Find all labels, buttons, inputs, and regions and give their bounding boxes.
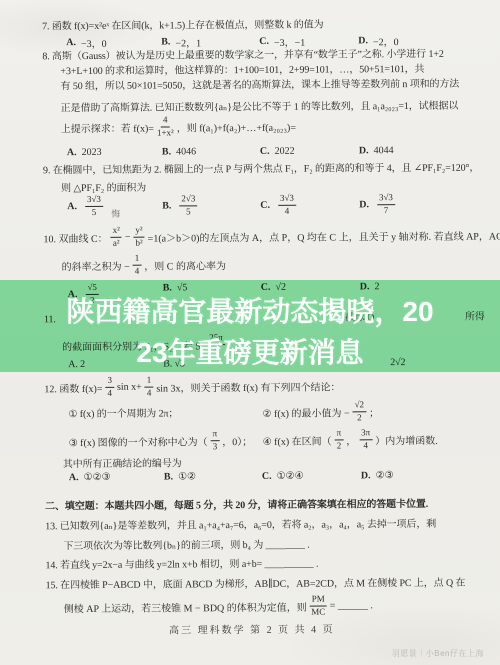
option-label: A. <box>69 472 79 483</box>
text-fragment: ，则 f(a₁)+f(a₂)+…+f(a₂₀₂₃)= <box>177 118 296 134</box>
frac-num: x² <box>111 225 122 237</box>
frac-num: 3√3 <box>278 194 296 206</box>
question-10-line-1: 10. 双曲线 C： x²a² − y²b² =1(a＞b＞0)的左顶点为 A，… <box>43 222 500 249</box>
option-label: C. <box>262 471 272 482</box>
frac-den: 4 <box>363 440 368 451</box>
option-a: A.3√35 <box>67 195 106 218</box>
text-fragment: − <box>125 231 131 242</box>
frac-den: 1+x² <box>157 127 174 138</box>
question-14-line: 14. 若直线 y=2x−a 与曲线 y=2ln x+b 相切，则 a+b= _… <box>45 557 318 574</box>
option-a: A.−3，0 <box>66 35 106 50</box>
option-label: A. <box>67 147 77 158</box>
section-2-header: 二、填空题：本题共四小题，每题 5 分，共 20 分，请将正确答案填在相应的答题… <box>45 497 428 514</box>
question-12-item-2: ② f(x) 的最小值为 − √22 ； <box>262 399 379 424</box>
frac-den: 5 <box>186 206 191 217</box>
text-fragment: 的斜率之积为 − <box>62 257 130 272</box>
frac-num: π <box>211 429 220 441</box>
frac-den: MC <box>311 606 325 617</box>
question-8-line-3: 有 50 组，所以 50×101=5050，这就是著名的高斯算法，课本上推导等差… <box>60 77 459 94</box>
text-fragment: ② f(x) 的最小值为 − <box>262 404 349 420</box>
frac-num: 3π <box>359 428 372 440</box>
option-a: A.①②③ <box>69 472 111 483</box>
option-value: 2022 <box>275 146 295 157</box>
overlay-banner-line-1[interactable]: 陕西籍高官最新动态揭晓，20 <box>0 293 500 331</box>
question-10-line-2: 的斜率之积为 − 14 ，则 C 的离心率为 <box>62 252 226 277</box>
option-value: −3，−1 <box>274 34 305 49</box>
option-c: C.3√34 <box>260 194 299 217</box>
option-value: ①②④ <box>277 471 304 482</box>
frac-num: 4 <box>161 115 170 127</box>
option-c: C.①②④ <box>262 471 304 482</box>
frac-den: 4 <box>135 265 140 276</box>
fraction: π3 <box>211 429 220 452</box>
frac-den: a² <box>113 237 120 248</box>
question-12-line-1: 12. 函数 f(x)= 34 sin x+ 14 sin 3x，则关于函数 f… <box>44 373 340 399</box>
question-9-line-2: 则 △PF₁F₂ 的面积为 <box>61 181 146 197</box>
frac-num: 1 <box>133 253 142 265</box>
option-d: D.4044 <box>359 145 394 156</box>
option-c: C.2022 <box>260 146 295 157</box>
frac-den: 4 <box>107 387 112 398</box>
text-fragment: 10. 双曲线 C： <box>43 229 107 244</box>
frac-den: 3 <box>213 441 218 452</box>
fraction: 3√37 <box>377 193 395 216</box>
text-fragment: ③ f(x) 图像的一个对称中心为（ <box>69 433 208 449</box>
text-fragment: sin 3x，则关于函数 f(x) 有下列四个结论： <box>156 378 340 394</box>
option-label: A. <box>66 37 76 48</box>
text-fragment: ； <box>369 404 379 419</box>
frac-num: 3√3 <box>377 193 395 205</box>
option-value: 2023 <box>82 147 102 158</box>
fraction: 34 <box>105 375 114 398</box>
fraction: x²a² <box>111 225 122 248</box>
question-9-line-1: 9. 在椭圆中，已知焦距为 2. 椭圆上的一点 P 与两个焦点 F₁，F₂ 的距… <box>43 161 479 179</box>
fraction: π2 <box>335 428 344 451</box>
text-fragment: 侧棱 AP 上运动，若三棱锥 M − BDQ 的体积为定值，则 <box>64 598 307 614</box>
frac-num: PM <box>310 594 327 606</box>
frac-num: 3 <box>105 375 114 387</box>
option-value: 4046 <box>176 146 196 157</box>
frac-den: 5 <box>92 207 97 218</box>
frac-den: 2 <box>357 412 362 423</box>
frac-den: 2 <box>337 440 342 451</box>
option-d: D.3√37 <box>359 193 398 216</box>
option-d: D.②③ <box>361 470 394 481</box>
frac-num: 1 <box>145 375 154 387</box>
option-label: D. <box>359 145 369 156</box>
option-b: B.4046 <box>162 146 196 157</box>
option-label: A. <box>67 201 77 212</box>
fraction: √22 <box>353 400 367 423</box>
scanned-exam-page: 7. 函数 f(x)=x²eˣ 在区间(k，k+1.5)上存在极值点，则整数 k… <box>0 0 500 665</box>
frac-den: 4 <box>285 206 290 217</box>
question-13-line-1: 13. 已知数列{aₙ}是等差数列，并且 a₁+a₄+a₇=6，a₆=0，若将 … <box>45 517 436 534</box>
frac-num: 3√3 <box>85 195 103 207</box>
frac-num: 2√3 <box>179 194 197 206</box>
question-12-item-3: ③ f(x) 图像的一个对称中心为（ π3 ，0）； <box>69 428 253 453</box>
page-footer: 高三 理科数学 第 2 页 共 4 页 <box>2 619 500 637</box>
frac-den: 4 <box>147 387 152 398</box>
question-15-line-2: 侧棱 AP 上运动，若三棱锥 M − BDQ 的体积为定值，则 PMMC = _… <box>64 593 373 619</box>
frac-num: π <box>335 428 344 440</box>
option-b: B.2√35 <box>162 194 200 217</box>
question-15-line-1: 15. 在四棱锥 P−ABCD 中，底面 ABCD 为梯形，AB∥DC，AB=2… <box>46 576 466 594</box>
fraction: 3π4 <box>359 428 372 451</box>
question-13-line-2: 下三项依次为等比数列{bₙ}的前三项，则 b₄ 为 ________ . <box>63 538 309 555</box>
option-label: C. <box>260 200 270 211</box>
text-fragment: =1(a＞b＞0)的左顶点为 A，点 P，Q 均在 C 上，且关于 y 轴对称.… <box>148 227 500 244</box>
option-label: D. <box>358 35 368 46</box>
option-b: B.①② <box>164 471 196 482</box>
option-value: ①②③ <box>84 472 111 483</box>
text-fragment: ， <box>346 432 356 447</box>
text-fragment: ，则 C 的离心率为 <box>144 257 226 272</box>
fraction: 14 <box>145 375 154 398</box>
option-value: −3，0 <box>81 35 107 50</box>
fraction: 14 <box>133 253 142 276</box>
text-fragment: ）内为增函数. <box>375 431 438 446</box>
overlay-banner[interactable]: 陕西籍高官最新动态揭晓，20 23年重磅更新消息 <box>0 280 500 372</box>
question-8-line-5: 上提示探求：若 f(x)= 41+x² ，则 f(a₁)+f(a₂)+…+f(a… <box>61 114 296 139</box>
question-12-conclusion: 其中所有正确结论的编号为 <box>63 456 182 472</box>
option-value: 4044 <box>374 145 394 156</box>
text-fragment: ④ f(x) 在区间（ <box>263 432 332 447</box>
frac-num: √2 <box>353 400 367 412</box>
fraction: y²b² <box>133 225 144 248</box>
option-label: B. <box>162 146 171 157</box>
watermark: 羽愿景｜小Ben仔在上海 <box>392 648 484 659</box>
option-value: ②③ <box>376 470 394 481</box>
option-value: −2，0 <box>373 33 399 48</box>
frac-num: y² <box>133 225 144 237</box>
option-b: B.−2，1 <box>161 34 201 49</box>
text-fragment: 12. 函数 f(x)= <box>44 379 102 394</box>
frac-den: 7 <box>384 205 389 216</box>
text-fragment: 上提示探求：若 f(x)= <box>61 119 154 135</box>
option-c: C.−3，−1 <box>259 34 305 49</box>
text-fragment: ，0）； <box>222 432 252 447</box>
option-label: D. <box>359 199 369 210</box>
fraction: 3√34 <box>278 194 296 217</box>
scan-artifact: 悔 <box>111 207 120 220</box>
question-12-item-4: ④ f(x) 在区间（ π2 ， 3π4 ）内为增函数. <box>263 427 438 452</box>
option-a: A.2023 <box>67 147 102 158</box>
overlay-banner-line-2[interactable]: 23年重磅更新消息 <box>0 334 500 372</box>
text-fragment: = ______ . <box>330 600 373 611</box>
option-value: −2，1 <box>175 34 201 49</box>
option-value: ①② <box>178 471 196 482</box>
option-d: D.−2，0 <box>358 33 398 48</box>
option-label: B. <box>164 471 173 482</box>
question-7-text: 7. 函数 f(x)=x²eˣ 在区间(k，k+1.5)上存在极值点，则整数 k… <box>42 18 323 35</box>
option-label: B. <box>161 36 170 47</box>
fraction: PMMC <box>310 594 327 617</box>
fraction: 41+x² <box>157 115 174 138</box>
frac-den: b² <box>135 237 142 248</box>
option-label: C. <box>259 36 269 47</box>
fraction: 2√35 <box>179 194 197 217</box>
fraction: 3√35 <box>85 195 103 218</box>
option-label: B. <box>162 200 171 211</box>
option-label: D. <box>361 470 371 481</box>
option-label: C. <box>260 146 270 157</box>
text-fragment: sin x+ <box>117 381 142 392</box>
question-12-item-1: ① f(x) 的一个周期为 2π； <box>68 406 178 422</box>
